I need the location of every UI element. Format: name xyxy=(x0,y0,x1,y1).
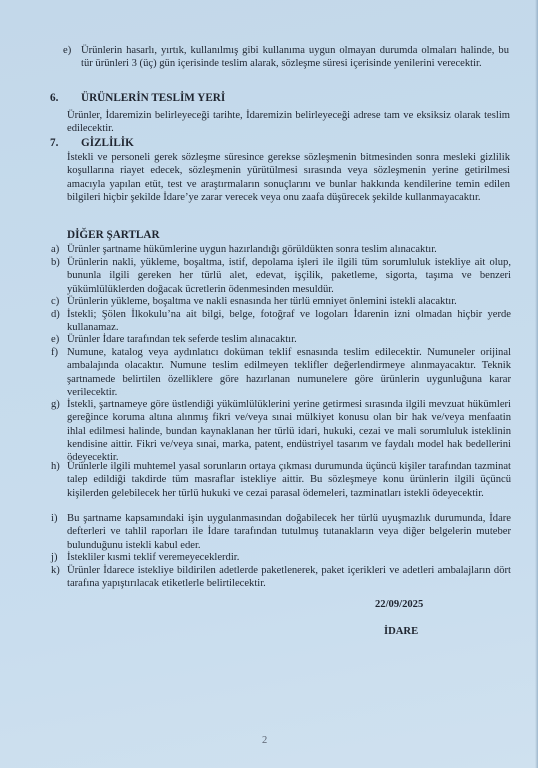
section-title: DİĞER ŞARTLAR xyxy=(67,228,160,242)
list-marker: j) xyxy=(51,551,57,564)
list-marker: e) xyxy=(63,44,71,57)
list-item-text: Ürünler şartname hükümlerine uygun hazır… xyxy=(67,243,511,256)
list-marker: g) xyxy=(51,398,60,411)
list-marker: d) xyxy=(51,308,60,321)
list-marker: h) xyxy=(51,460,60,473)
list-marker: k) xyxy=(51,564,60,577)
list-marker: b) xyxy=(51,256,60,269)
list-item-text: İstekliler kısmi teklif veremeyeceklerdi… xyxy=(67,551,511,564)
list-item-text: İstekli, şartnameye göre üstlendiği yükü… xyxy=(67,398,511,464)
list-marker: c) xyxy=(51,295,59,308)
list-item-text: Ürünler İdarece istekliye bildirilen ade… xyxy=(67,564,511,591)
list-item-text: Ürünlerin nakli, yükleme, boşaltma, isti… xyxy=(67,256,511,296)
signature-authority: İDARE xyxy=(384,626,418,637)
list-item-text: Ürünlerin hasarlı, yırtık, kullanılmış g… xyxy=(81,44,509,71)
section-6-heading: 6. ÜRÜNLERİN TESLİM YERİ xyxy=(50,91,510,105)
list-item-g: g) İstekli, şartnameye göre üstlendiği y… xyxy=(51,398,511,466)
section-number: 7. xyxy=(50,136,58,150)
list-item-text: Bu şartname kapsamındaki işin uygulanmas… xyxy=(67,512,511,552)
list-item-e: e) Ürünler İdare tarafından tek seferde … xyxy=(51,333,511,347)
list-item-text: Ürünler İdare tarafından tek seferde tes… xyxy=(67,333,511,346)
list-marker: a) xyxy=(51,243,59,256)
list-item-text: İstekli; Şölen İlkokulu’na ait bilgi, be… xyxy=(67,308,511,335)
list-marker: i) xyxy=(51,512,57,525)
section-7-body: İstekli ve personeli gerek sözleşme süre… xyxy=(67,151,510,204)
list-item-d: d) İstekli; Şölen İlkokulu’na ait bilgi,… xyxy=(51,308,511,335)
list-item-h: h) Ürünlerle ilgili muhtemel yasal sorun… xyxy=(51,460,511,514)
list-item-a: a) Ürünler şartname hükümlerine uygun ha… xyxy=(51,243,511,257)
list-item-text: Ürünlerle ilgili muhtemel yasal sorunlar… xyxy=(67,460,511,500)
section-6-body: Ürünler, İdaremizin belirleyeceği tariht… xyxy=(67,109,510,136)
list-marker: f) xyxy=(51,346,58,359)
list-item-i: i) Bu şartname kapsamındaki işin uygulan… xyxy=(51,512,511,552)
other-conditions-heading: DİĞER ŞARTLAR xyxy=(67,228,367,242)
list-item-b: b) Ürünlerin nakli, yükleme, boşaltma, i… xyxy=(51,256,511,296)
list-item-prev-e: e) Ürünlerin hasarlı, yırtık, kullanılmı… xyxy=(63,44,509,88)
list-item-text: Numune, katalog veya aydınlatıcı doküman… xyxy=(67,346,511,399)
list-item-text: Ürünlerin yükleme, boşaltma ve nakli esn… xyxy=(67,295,511,308)
list-item-c: c) Ürünlerin yükleme, boşaltma ve nakli … xyxy=(51,295,511,309)
list-item-f: f) Numune, katalog veya aydınlatıcı dokü… xyxy=(51,346,511,400)
section-7-heading: 7. GİZLİLİK xyxy=(50,136,510,150)
list-item-j: j) İstekliler kısmi teklif veremeyecekle… xyxy=(51,551,511,565)
document-page: e) Ürünlerin hasarlı, yırtık, kullanılmı… xyxy=(0,0,538,768)
list-item-k: k) Ürünler İdarece istekliye bildirilen … xyxy=(51,564,511,591)
section-number: 6. xyxy=(50,91,58,105)
section-title: GİZLİLİK xyxy=(81,136,134,150)
section-title: ÜRÜNLERİN TESLİM YERİ xyxy=(81,91,225,105)
document-date: 22/09/2025 xyxy=(375,599,423,610)
page-number: 2 xyxy=(262,735,267,746)
list-marker: e) xyxy=(51,333,59,346)
